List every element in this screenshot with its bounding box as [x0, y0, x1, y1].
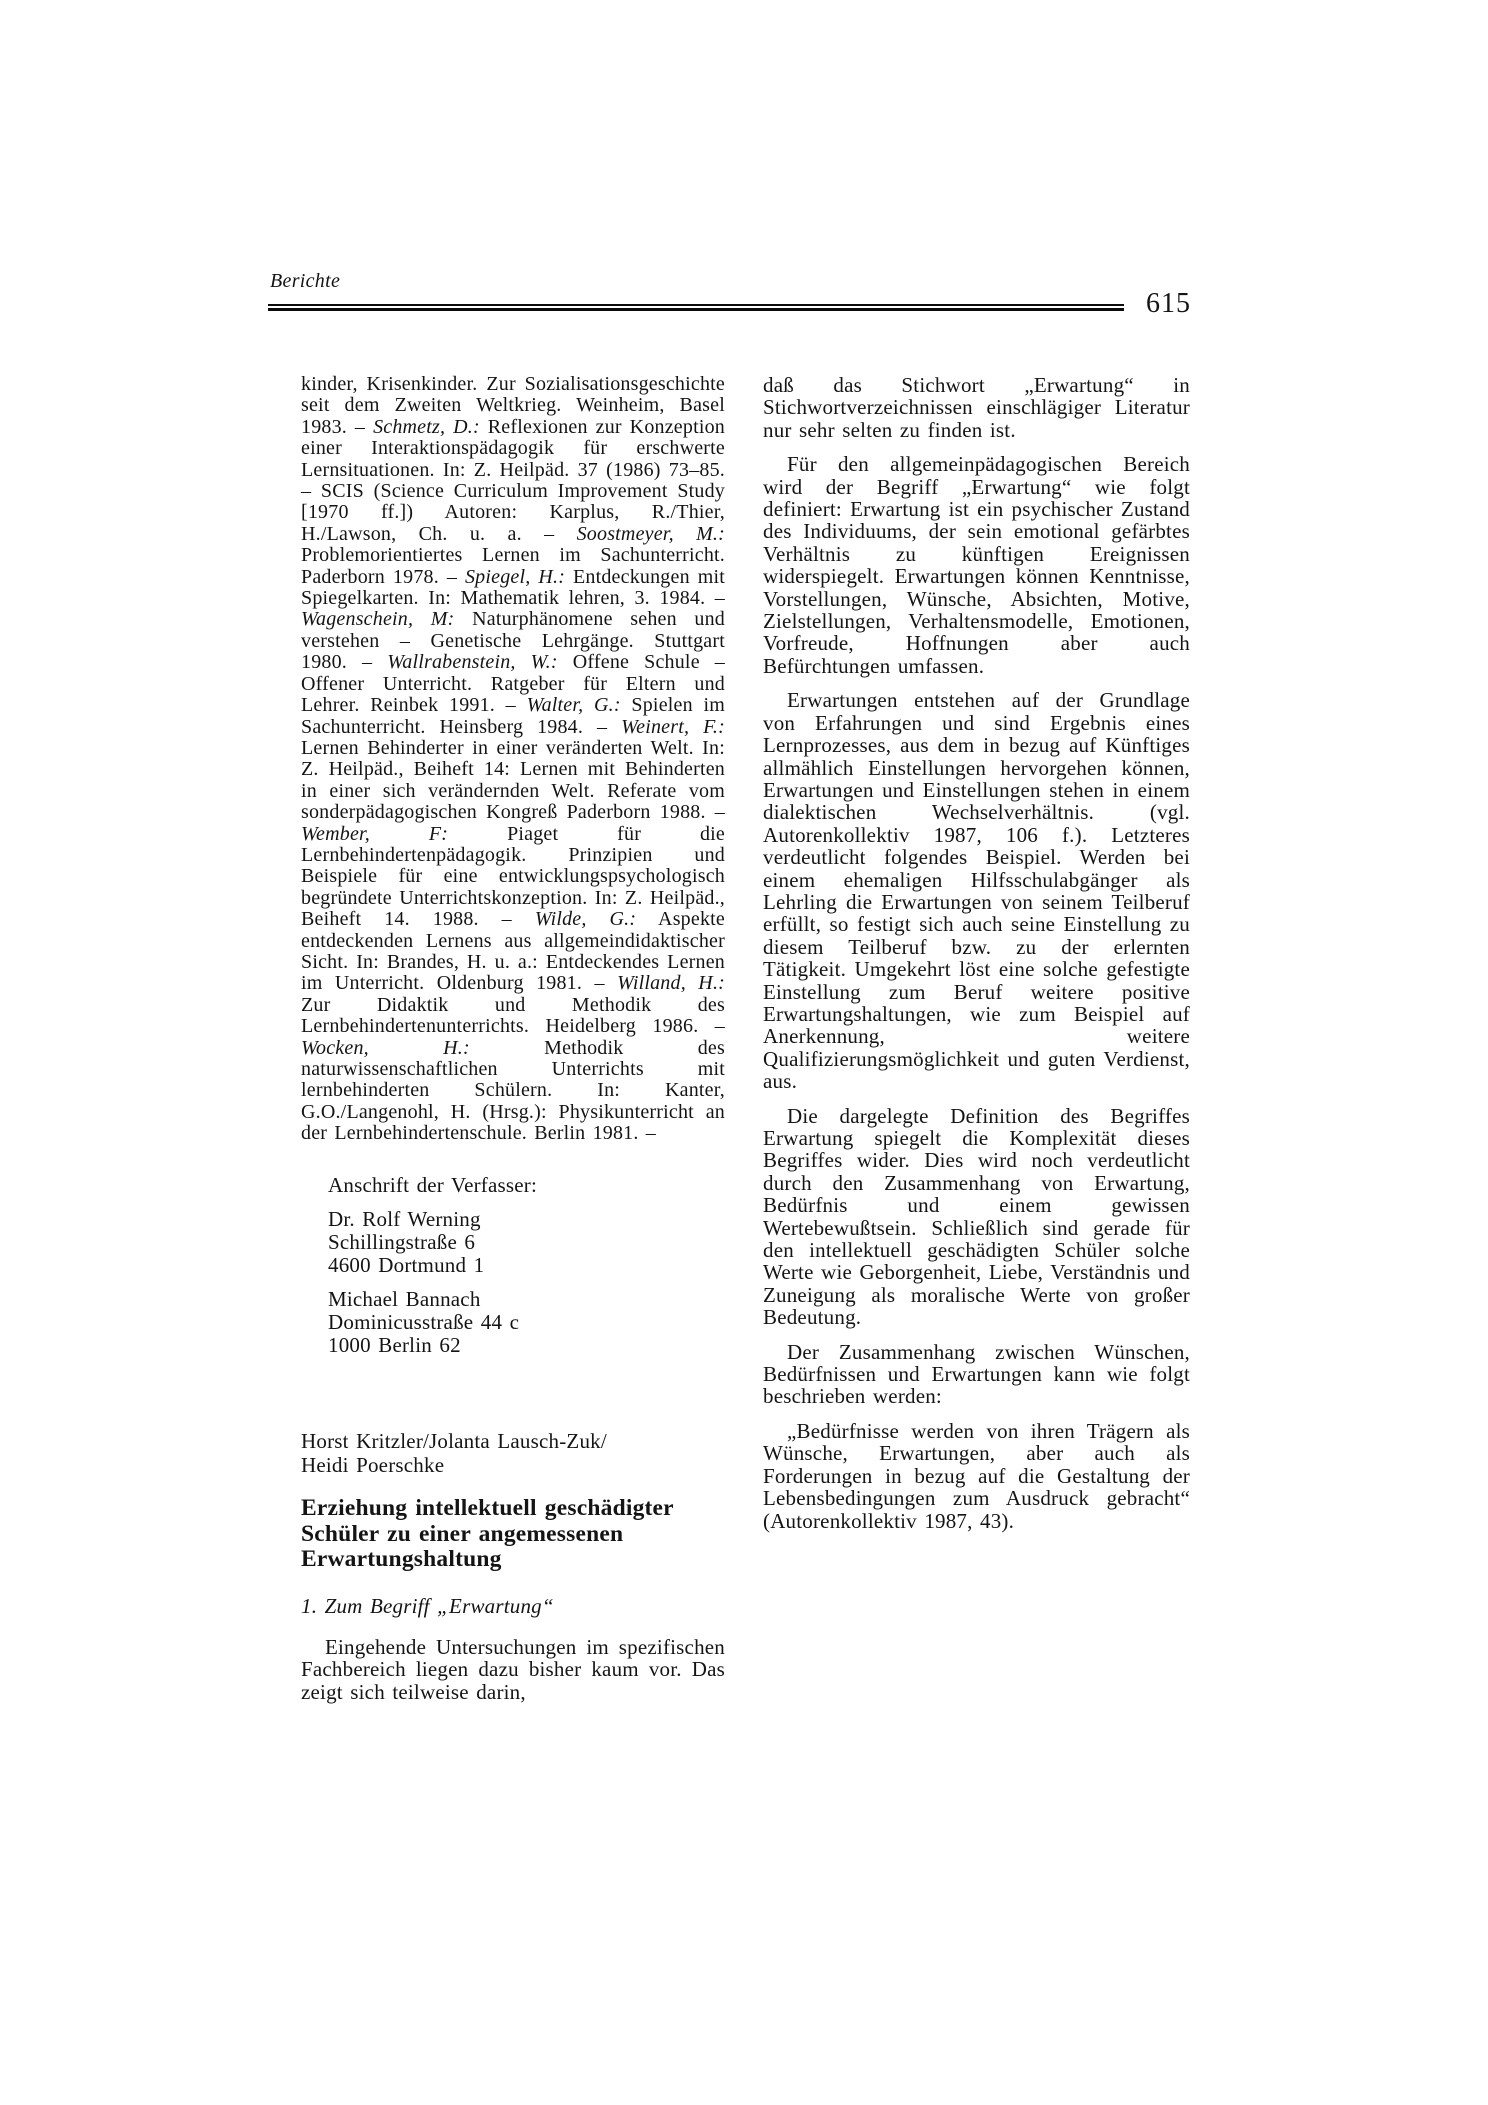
address-line: Dr. Rolf Werning — [328, 1208, 484, 1231]
page-number: 615 — [1146, 288, 1191, 320]
body-paragraph: „Bedürfnisse werden von ihren Trägern al… — [763, 1420, 1190, 1532]
body-paragraph: Erwartungen entstehen auf der Grundlage … — [763, 689, 1190, 1092]
references-paragraph: kinder, Krisenkinder. Zur Sozialisations… — [301, 374, 725, 1145]
address-line: 4600 Dortmund 1 — [328, 1254, 484, 1277]
journal-page-scan: Berichte 615 kinder, Krisenkinder. Zur S… — [0, 0, 1488, 2105]
section-heading: 1. Zum Begriff „Erwartung“ — [301, 1595, 725, 1617]
right-column: daß das Stichwort „Erwartung“ in Stichwo… — [763, 374, 1190, 1734]
left-column: kinder, Krisenkinder. Zur Sozialisations… — [301, 374, 725, 1734]
article-authors: Horst Kritzler/Jolanta Lausch-Zuk/ Heidi… — [301, 1430, 725, 1477]
address-line: Michael Bannach — [328, 1288, 519, 1311]
address-line: Schillingstraße 6 — [328, 1231, 484, 1254]
address-block: Michael Bannach Dominicusstraße 44 c 100… — [328, 1288, 519, 1357]
running-header-label: Berichte — [270, 270, 340, 293]
body-paragraph: daß das Stichwort „Erwartung“ in Stichwo… — [763, 374, 1190, 441]
body-paragraph: Der Zusammenhang zwischen Wünschen, Bedü… — [763, 1341, 1190, 1408]
intro-paragraph: Eingehende Untersuchungen im spezifische… — [301, 1636, 725, 1703]
address-block: Dr. Rolf Werning Schillingstraße 6 4600 … — [328, 1208, 484, 1277]
body-paragraph: Die dargelegte Definition des Begriffes … — [763, 1105, 1190, 1329]
address-line: Dominicusstraße 44 c — [328, 1311, 519, 1334]
author-line: Heidi Poerschke — [301, 1454, 725, 1478]
address-heading: Anschrift der Verfasser: — [328, 1174, 537, 1196]
address-line: 1000 Berlin 62 — [328, 1334, 519, 1357]
article-title: Erziehung intellektuell geschädigter Sch… — [301, 1496, 725, 1573]
header-rule — [268, 304, 1124, 311]
body-paragraph: Für den allgemeinpädagogischen Bereich w… — [763, 453, 1190, 677]
author-line: Horst Kritzler/Jolanta Lausch-Zuk/ — [301, 1430, 725, 1454]
